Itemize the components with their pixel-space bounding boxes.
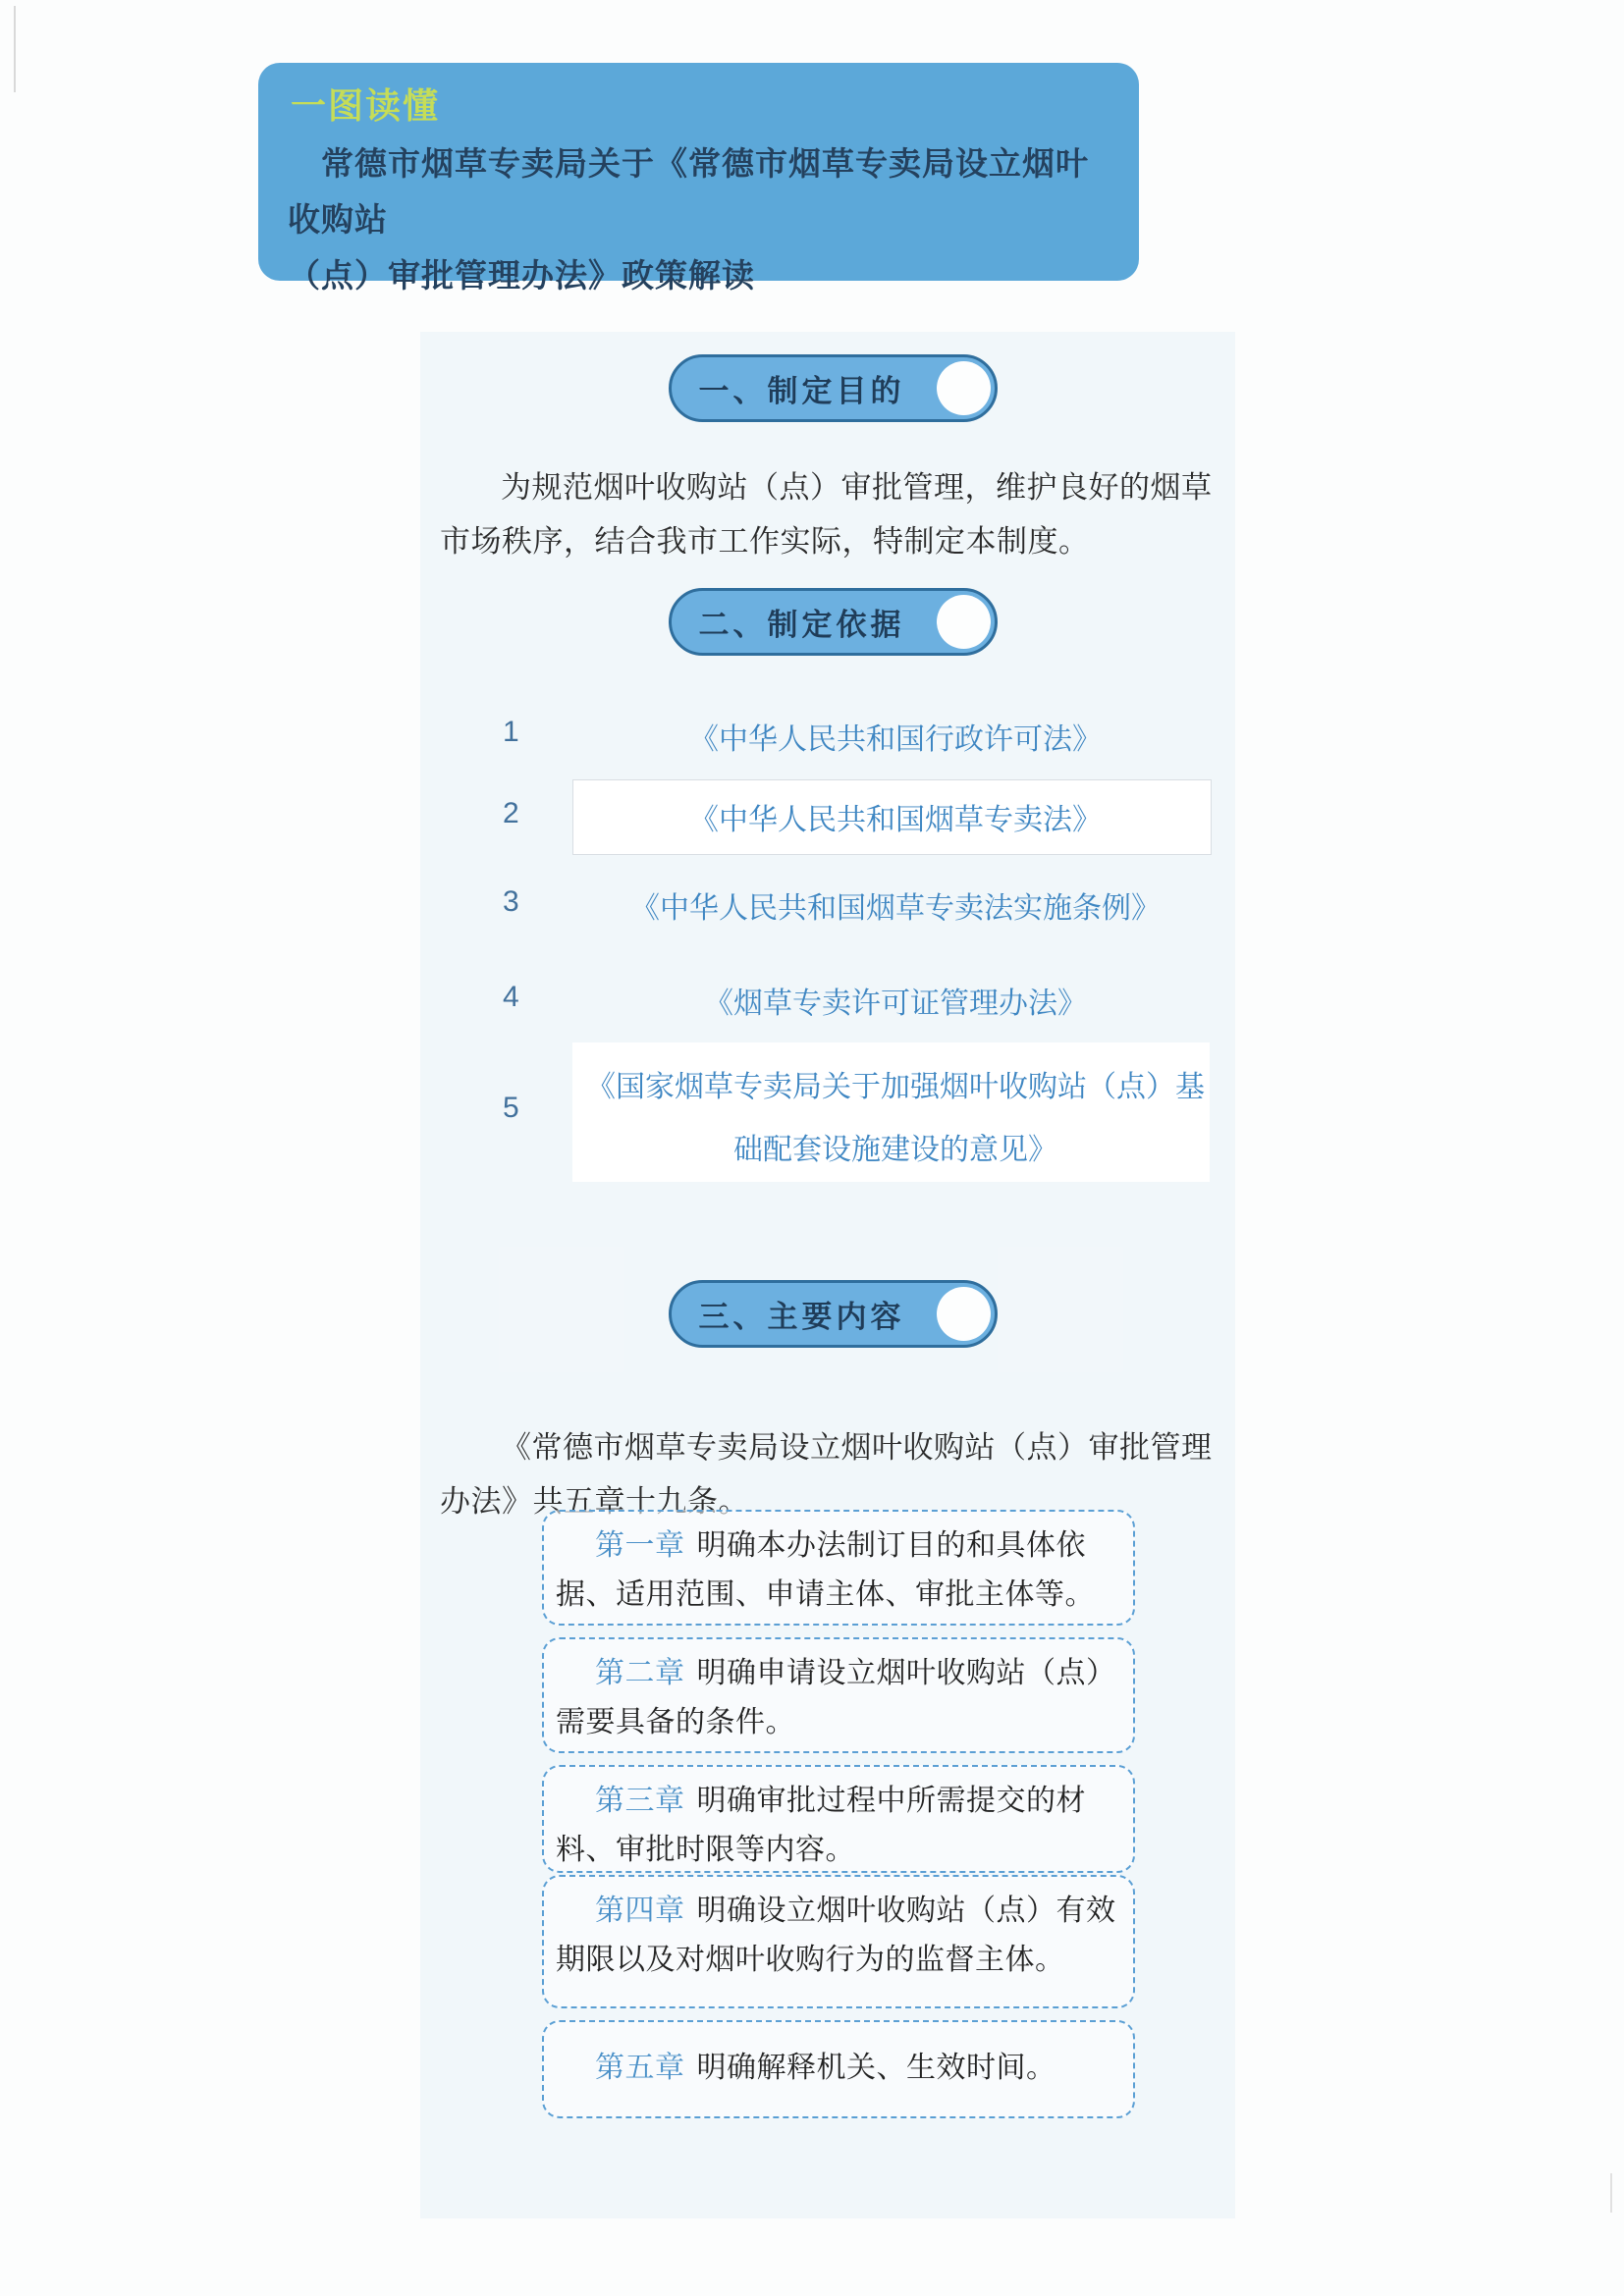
list-item-text: 《中华人民共和国烟草专卖法实施条例》 [581, 878, 1210, 940]
section-banner-basis-label: 二、制定依据 [672, 591, 932, 653]
chapter-box-4: 第四章明确设立烟叶收购站（点）有效期限以及对烟叶收购行为的监督主体。 [542, 1875, 1135, 2008]
banner-notch-decoration [937, 595, 991, 649]
list-item-number: 5 [503, 1092, 546, 1125]
chapter-box-3: 第三章明确审批过程中所需提交的材料、审批时限等内容。 [542, 1765, 1135, 1873]
list-item-number: 4 [503, 981, 546, 1014]
banner-notch-decoration [937, 1287, 991, 1341]
section-banner-purpose-label: 一、制定目的 [672, 357, 932, 419]
chapter-label: 第四章 [595, 1895, 685, 1927]
header-card: 一图读懂 常德市烟草专卖局关于《常德市烟草专卖局设立烟叶收购站 （点）审批管理办… [258, 63, 1139, 281]
list-item-text: 《中华人民共和国烟草专卖法》 [581, 789, 1210, 852]
section-banner-main-content-label: 三、主要内容 [672, 1283, 932, 1345]
chapter-paragraph: 第一章明确本办法制订目的和具体依据、适用范围、申请主体、审批主体等。 [556, 1522, 1121, 1620]
purpose-paragraph: 为规范烟叶收购站（点）审批管理，维护良好的烟草市场秩序，结合我市工作实际，特制定… [440, 460, 1237, 568]
chapter-paragraph: 第四章明确设立烟叶收购站（点）有效期限以及对烟叶收购行为的监督主体。 [556, 1887, 1121, 1985]
page-title-line-1: 常德市烟草专卖局关于《常德市烟草专卖局设立烟叶收购站 [288, 135, 1114, 247]
chapter-label: 第三章 [595, 1785, 685, 1817]
scan-edge-artifact-bottom-right [1610, 2173, 1612, 2213]
chapter-label: 第二章 [595, 1657, 685, 1689]
list-item-number: 1 [503, 716, 546, 749]
scan-edge-artifact-top-left [14, 6, 16, 92]
banner-notch-decoration [937, 361, 991, 415]
list-item-number: 2 [503, 797, 546, 830]
page-title: 常德市烟草专卖局关于《常德市烟草专卖局设立烟叶收购站 （点）审批管理办法》政策解… [288, 135, 1114, 303]
chapter-paragraph: 第五章明确解释机关、生效时间。 [556, 2044, 1121, 2093]
chapter-box-5: 第五章明确解释机关、生效时间。 [542, 2020, 1135, 2118]
chapter-label: 第一章 [595, 1529, 685, 1562]
chapter-text: 明确解释机关、生效时间。 [697, 2052, 1056, 2084]
list-item-text: 《国家烟草专卖局关于加强烟叶收购站（点）基础配套设施建设的意见》 [581, 1056, 1210, 1182]
chapter-paragraph: 第二章明确申请设立烟叶收购站（点）需要具备的条件。 [556, 1649, 1121, 1747]
header-badge: 一图读懂 [291, 79, 440, 129]
page-title-line-2: （点）审批管理办法》政策解读 [288, 247, 1114, 303]
section-banner-basis: 二、制定依据 [669, 588, 998, 656]
scanned-policy-infographic-page: 一图读懂 常德市烟草专卖局关于《常德市烟草专卖局设立烟叶收购站 （点）审批管理办… [0, 0, 1624, 2296]
chapter-label: 第五章 [595, 2052, 685, 2084]
section-banner-purpose: 一、制定目的 [669, 354, 998, 422]
list-item-text: 《中华人民共和国行政许可法》 [581, 709, 1210, 772]
chapter-paragraph: 第三章明确审批过程中所需提交的材料、审批时限等内容。 [556, 1777, 1121, 1875]
chapter-box-2: 第二章明确申请设立烟叶收购站（点）需要具备的条件。 [542, 1637, 1135, 1753]
list-item-text: 《烟草专卖许可证管理办法》 [581, 973, 1210, 1036]
chapter-box-1: 第一章明确本办法制订目的和具体依据、适用范围、申请主体、审批主体等。 [542, 1510, 1135, 1626]
section-banner-main-content: 三、主要内容 [669, 1280, 998, 1348]
list-item-number: 3 [503, 885, 546, 919]
